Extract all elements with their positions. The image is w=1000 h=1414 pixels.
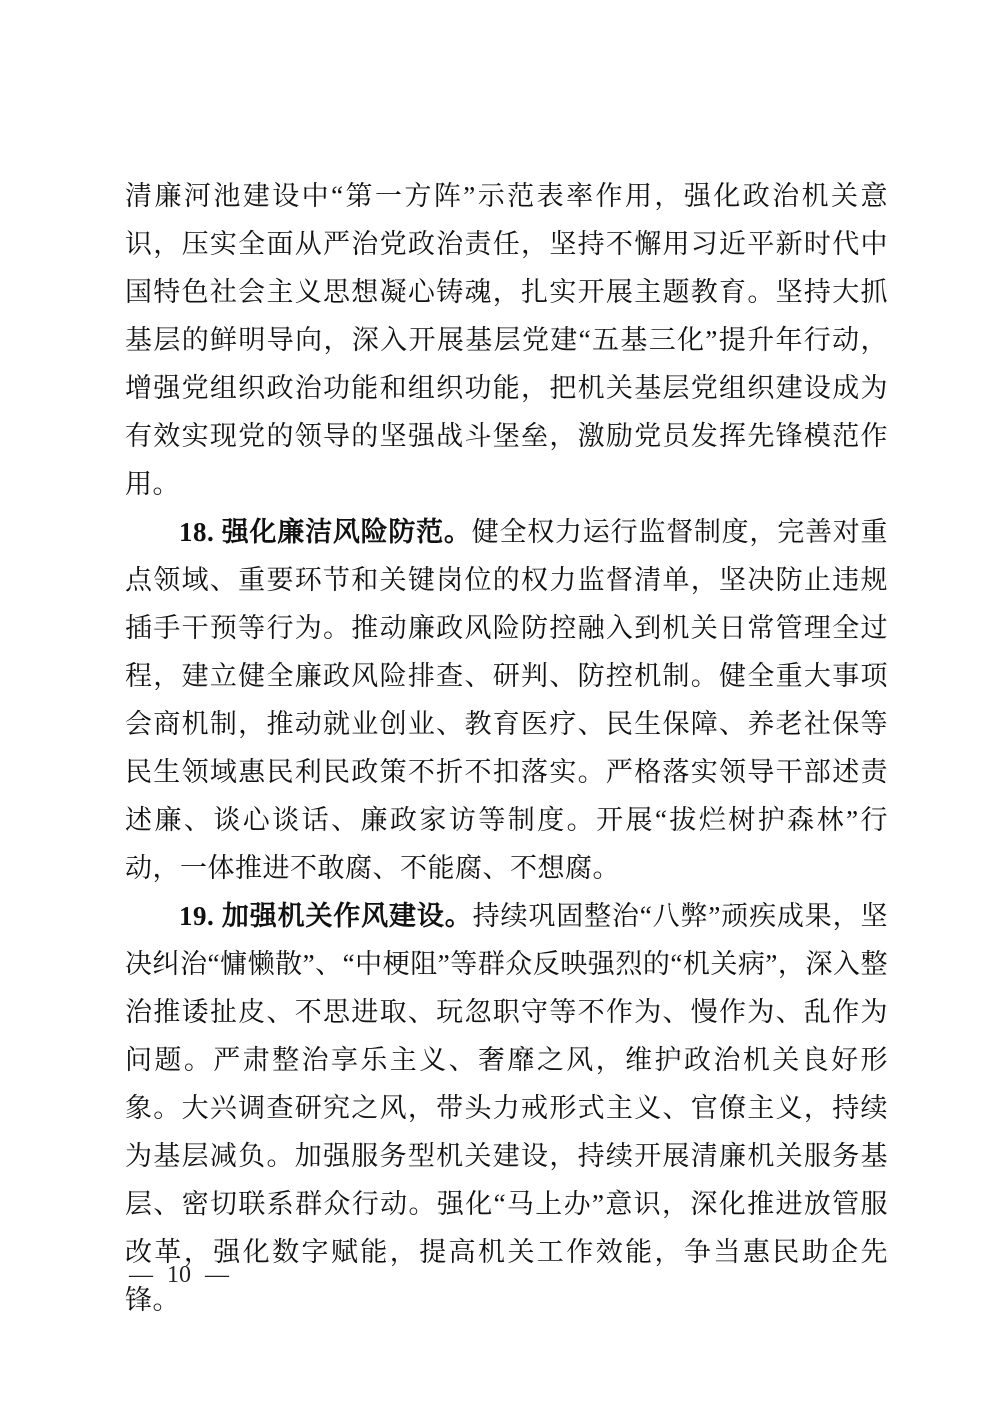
paragraph-continuation: 清廉河池建设中“第一方阵”示范表率作用，强化政治机关意识，压实全面从严治党政治责…: [125, 172, 888, 508]
paragraph-item-19: 19. 加强机关作风建设。持续巩固整治“八弊”顽疾成果，坚决纠治“慵懒散”、“中…: [125, 892, 888, 1324]
document-body: 清廉河池建设中“第一方阵”示范表率作用，强化政治机关意识，压实全面从严治党政治责…: [125, 172, 888, 1324]
paragraph-19-heading: 19. 加强机关作风建设。: [179, 901, 473, 931]
paragraph-text: 清廉河池建设中“第一方阵”示范表率作用，强化政治机关意识，压实全面从严治党政治责…: [125, 181, 888, 499]
page-number: 10: [167, 1260, 191, 1290]
document-page: 清廉河池建设中“第一方阵”示范表率作用，强化政治机关意识，压实全面从严治党政治责…: [0, 0, 1000, 1414]
paragraph-item-18: 18. 强化廉洁风险防范。健全权力运行监督制度，完善对重点领域、重要环节和关键岗…: [125, 508, 888, 892]
paragraph-text: 健全权力运行监督制度，完善对重点领域、重要环节和关键岗位的权力监督清单，坚决防止…: [125, 517, 888, 883]
footer-dash-right: —: [205, 1260, 229, 1290]
paragraph-text: 持续巩固整治“八弊”顽疾成果，坚决纠治“慵懒散”、“中梗阻”等群众反映强烈的“机…: [125, 901, 888, 1315]
footer-dash-left: —: [129, 1260, 153, 1290]
paragraph-18-heading: 18. 强化廉洁风险防范。: [179, 517, 472, 547]
page-footer: —10—: [122, 1260, 236, 1290]
